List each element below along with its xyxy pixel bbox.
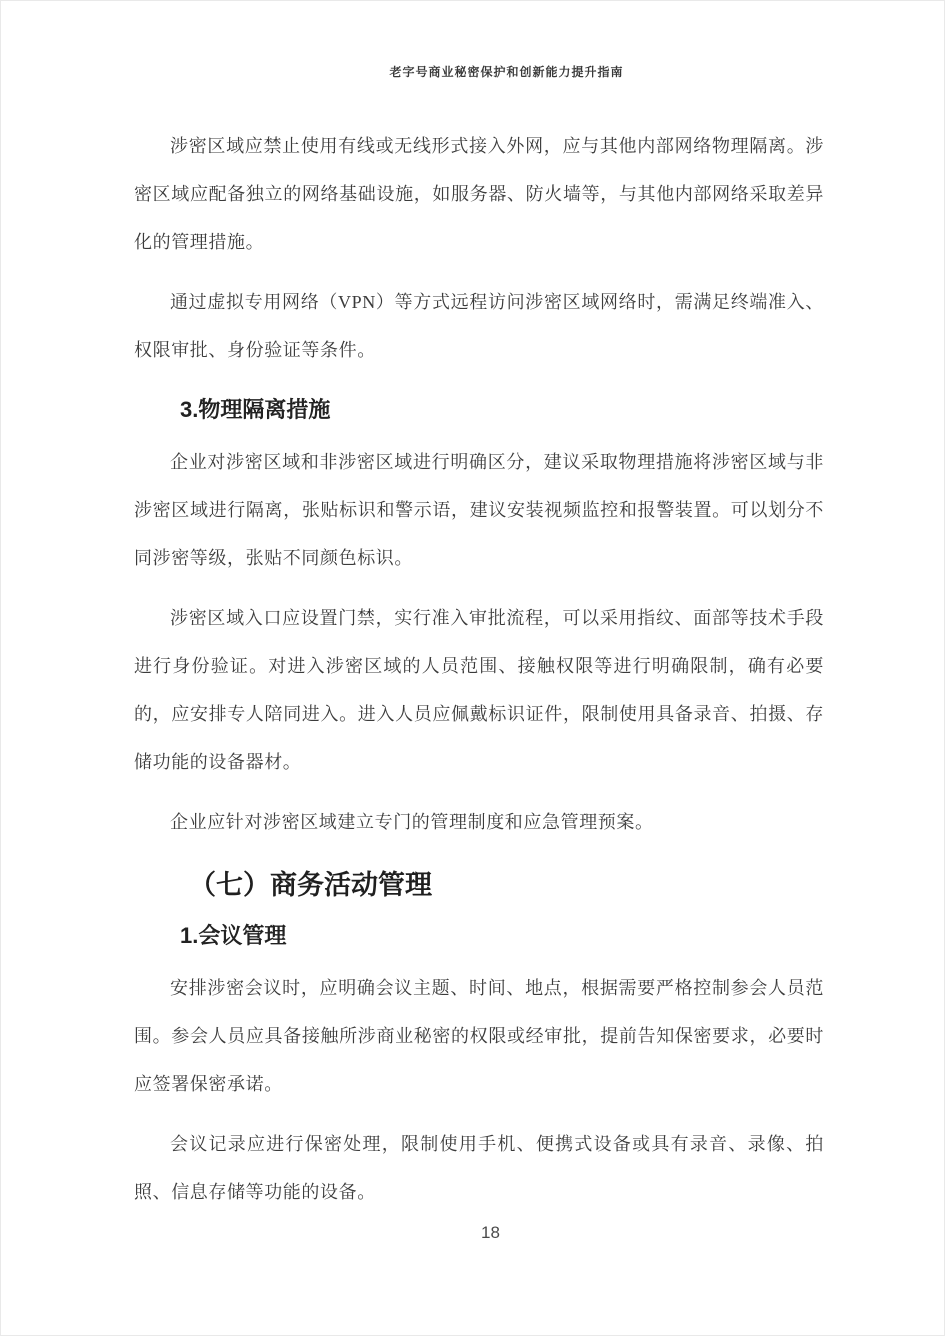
- paragraph-entrance-access-control: 涉密区域入口应设置门禁，实行准入审批流程，可以采用指纹、面部等技术手段进行身份验…: [134, 594, 824, 786]
- page-number: 18: [1, 1223, 944, 1243]
- heading-meeting-management: 1.会议管理: [180, 912, 824, 960]
- paragraph-secret-meeting-arrangement: 安排涉密会议时，应明确会议主题、时间、地点，根据需要严格控制参会人员范围。参会人…: [134, 964, 824, 1108]
- running-header: 老字号商业秘密保护和创新能力提升指南: [1, 63, 944, 80]
- document-body: 涉密区域应禁止使用有线或无线形式接入外网，应与其他内部网络物理隔离。涉密区域应配…: [134, 122, 824, 1228]
- paragraph-secret-area-network-isolation: 涉密区域应禁止使用有线或无线形式接入外网，应与其他内部网络物理隔离。涉密区域应配…: [134, 122, 824, 266]
- paragraph-area-separation-marking: 企业对涉密区域和非涉密区域进行明确区分，建议采取物理措施将涉密区域与非涉密区域进…: [134, 438, 824, 582]
- paragraph-vpn-remote-access: 通过虚拟专用网络（VPN）等方式远程访问涉密区域网络时，需满足终端准入、权限审批…: [134, 278, 824, 374]
- paragraph-special-management-system: 企业应针对涉密区域建立专门的管理制度和应急管理预案。: [134, 798, 824, 846]
- heading-physical-isolation-measures: 3.物理隔离措施: [180, 386, 824, 434]
- heading-business-activity-management: （七）商务活动管理: [189, 858, 824, 912]
- document-page: 老字号商业秘密保护和创新能力提升指南 涉密区域应禁止使用有线或无线形式接入外网，…: [0, 0, 945, 1336]
- paragraph-meeting-record-confidentiality: 会议记录应进行保密处理，限制使用手机、便携式设备或具有录音、录像、拍照、信息存储…: [134, 1120, 824, 1216]
